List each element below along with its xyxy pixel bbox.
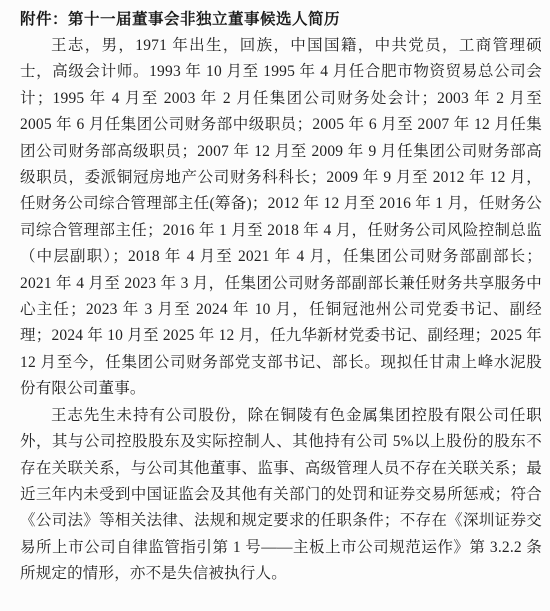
document-title: 附件：第十一届董事会非独立董事候选人简历 <box>20 7 542 33</box>
paragraph-candidate-bio: 王志，男，1971 年出生，回族，中国国籍，中共党员，工商管理硕士，高级会计师。… <box>20 33 542 403</box>
document-page: 附件：第十一届董事会非独立董事候选人简历 王志，男，1971 年出生，回族，中国… <box>0 0 550 611</box>
paragraph-compliance-statement: 王志先生未持有公司股份，除在铜陵有色金属集团控股有限公司任职外，其与公司控股股东… <box>20 403 542 588</box>
